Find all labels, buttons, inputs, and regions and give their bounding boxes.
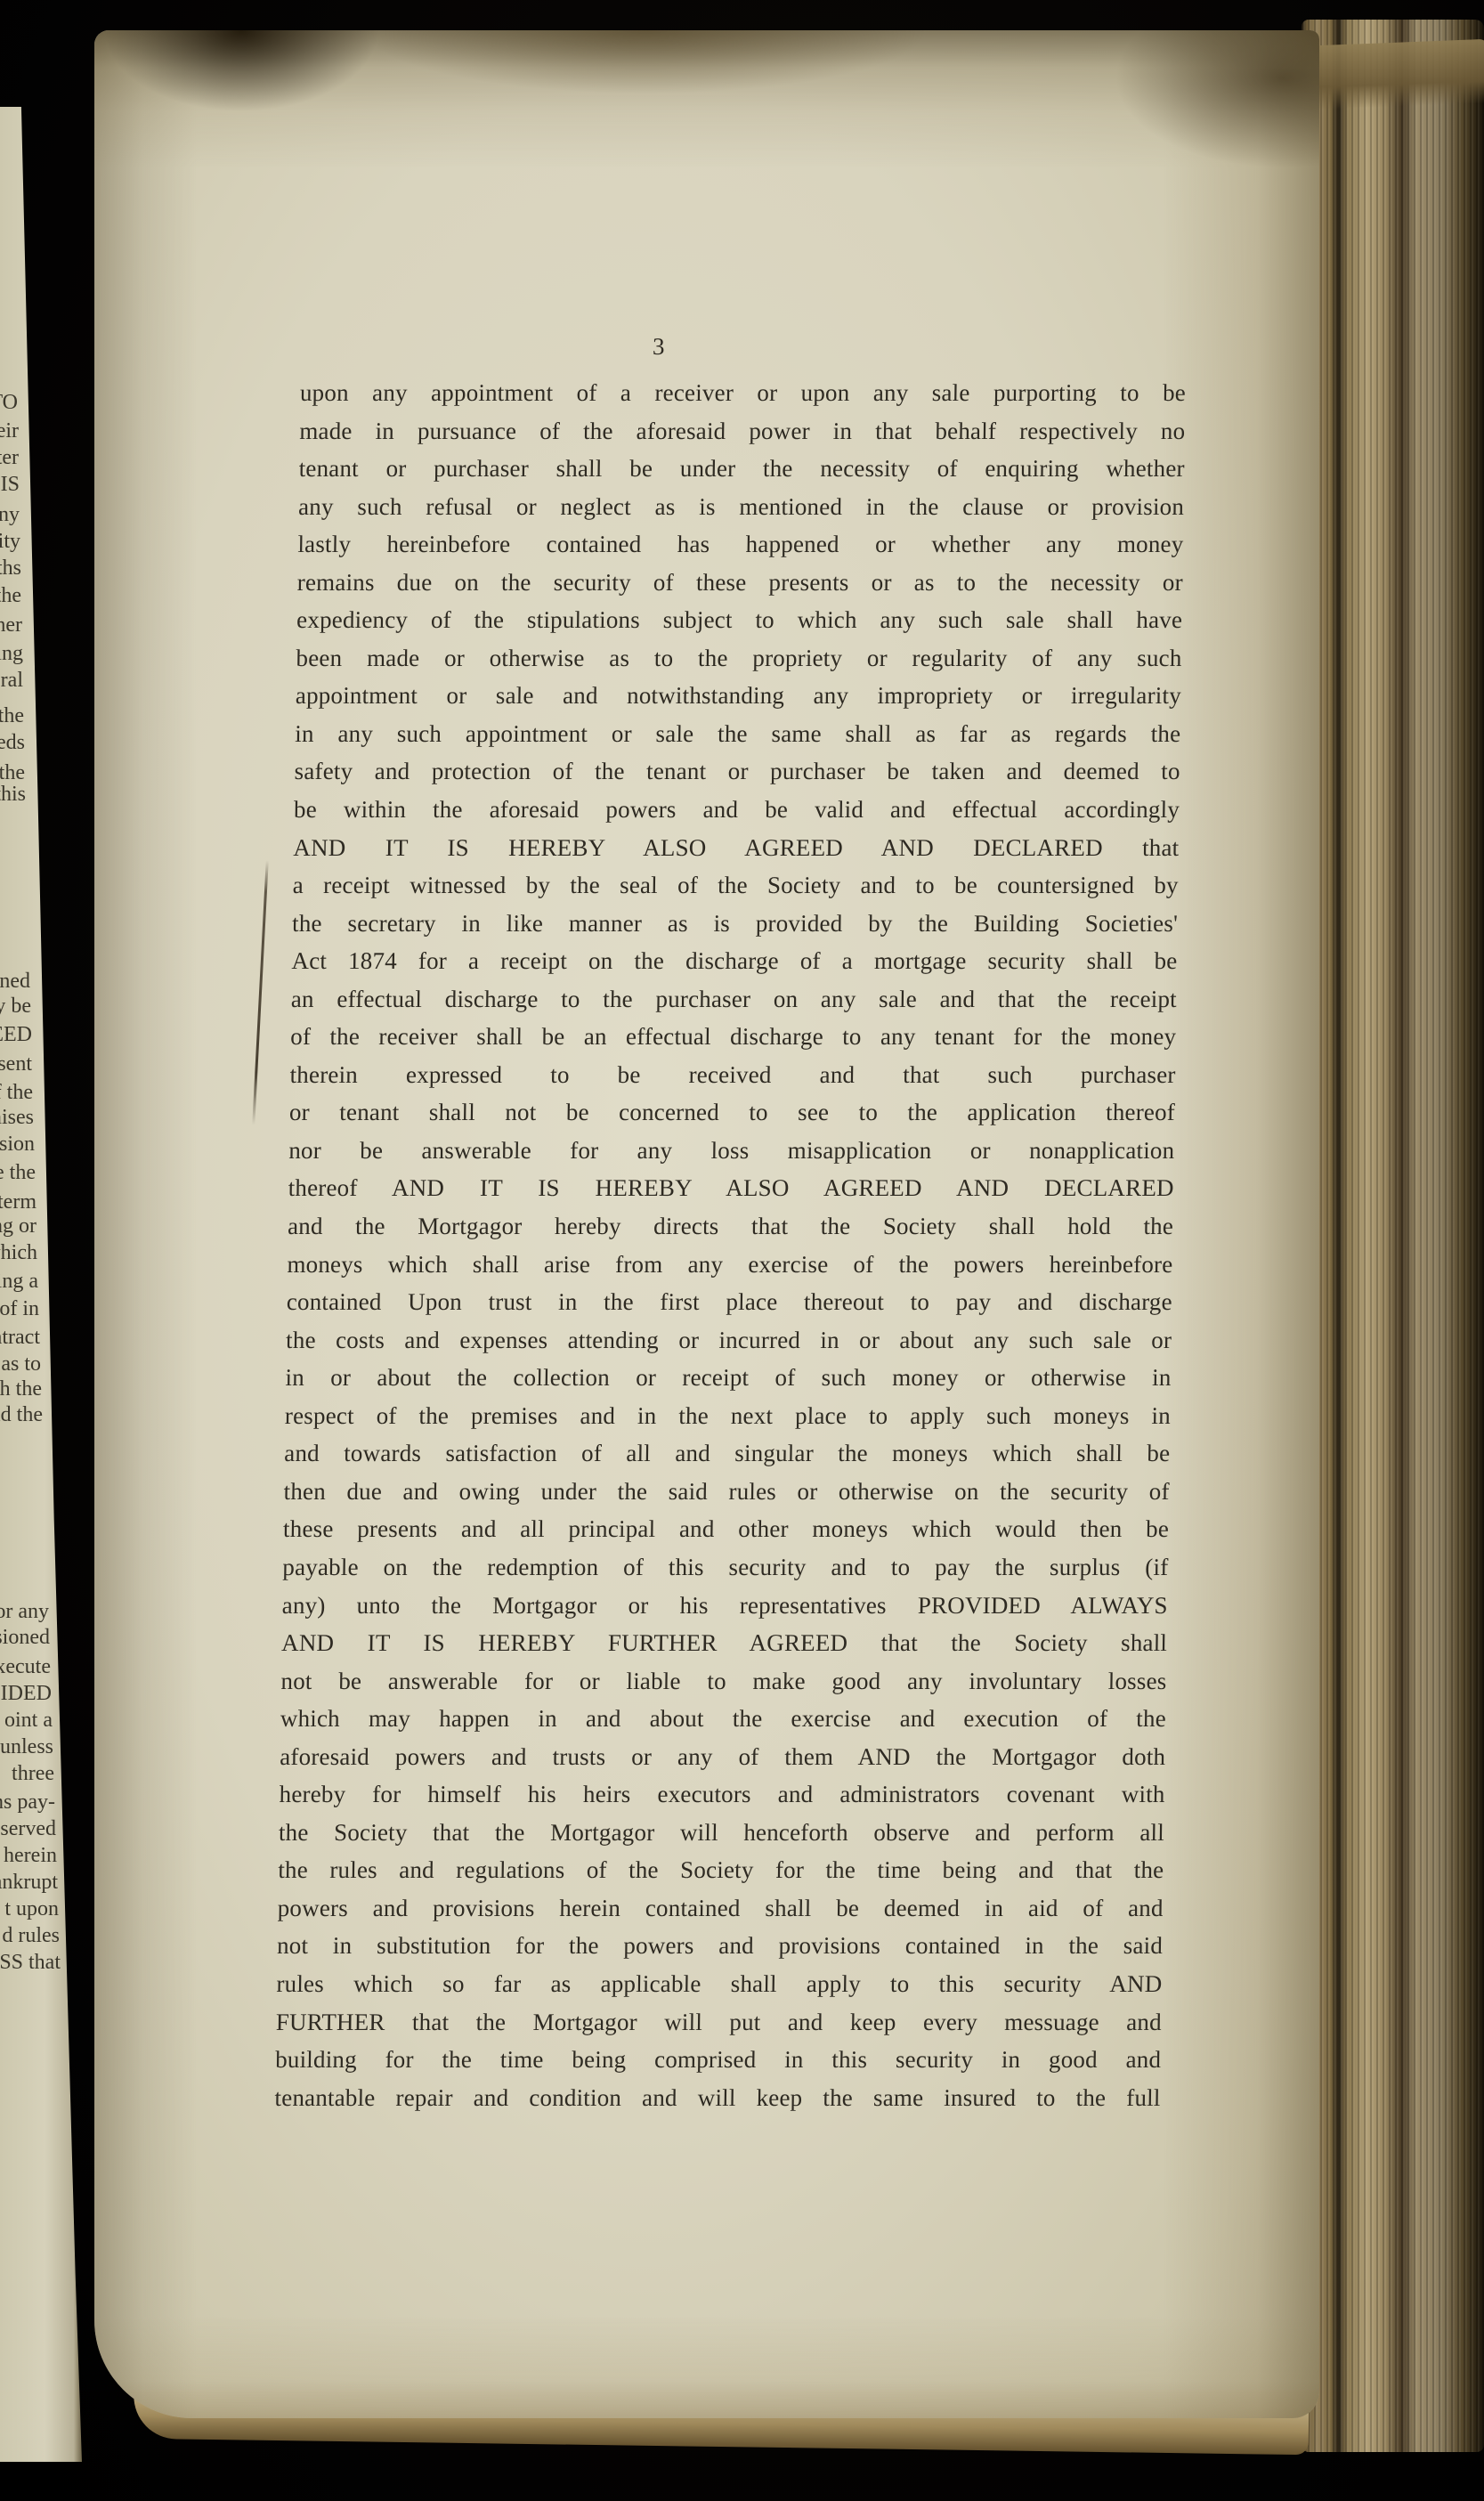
body-text-line: in any such appointment or sale the same… (295, 715, 1181, 753)
body-text-line: a receipt witnessed by the seal of the S… (292, 866, 1179, 905)
page-number: 3 (640, 331, 677, 361)
previous-page-text-fragment: gned (0, 970, 30, 992)
previous-page-text-fragment: unless (0, 1736, 53, 1758)
previous-page-text-fragment: reof in (0, 1298, 39, 1320)
body-text-line: an effectual discharge to the purchaser … (291, 980, 1178, 1019)
previous-page-text-fragment: ission (0, 1133, 35, 1155)
page-text-block: 3 upon any appointment of a receiver or … (274, 331, 1187, 2116)
body-text-line: remains due on the security of these pre… (297, 564, 1184, 602)
body-text-line: made in pursuance of the aforesaid power… (299, 412, 1186, 451)
previous-page-text-fragment: e the (0, 1162, 36, 1183)
previous-page-text-fragment: any (0, 504, 20, 525)
previous-page-text-fragment: ns pay- (0, 1791, 55, 1813)
body-text-line: appointment or sale and notwithstanding … (296, 677, 1182, 715)
previous-page-text-fragment: ng or (0, 1215, 36, 1237)
body-text-line: building for the time being comprised in… (275, 2041, 1162, 2079)
previous-page-text-fragment: nsent (0, 1053, 32, 1075)
body-text-line: any such refusal or neglect as is mentio… (298, 488, 1185, 526)
previous-page-text-fragment: nd the (0, 1404, 43, 1425)
previous-page-text-fragment: eir (0, 420, 19, 442)
previous-page-text-fragment: mises (0, 1107, 34, 1128)
body-text-line: the costs and expenses attending or incu… (286, 1321, 1172, 1360)
previous-page-text-fragment: the (0, 585, 21, 606)
previous-page-text-fragment: xecute (0, 1656, 51, 1677)
previous-page-text-fragment: f the (0, 1082, 33, 1103)
body-text-line: Act 1874 for a receipt on the discharge … (291, 942, 1178, 980)
previous-page-text-fragment: ther (0, 614, 22, 636)
body-text-line: and the Mortgagor hereby directs that th… (288, 1207, 1174, 1246)
previous-page-text-fragment: bserved (0, 1818, 56, 1839)
previous-page-text-fragment: IDED (1, 1683, 52, 1704)
previous-page-text-fragment: the (0, 762, 25, 784)
body-text-line: aforesaid powers and trusts or any of th… (280, 1738, 1166, 1776)
previous-page-text-fragment: rity (0, 531, 20, 552)
previous-page-text-fragment: SS that (0, 1952, 61, 1973)
previous-page-text-fragment: oint a (4, 1709, 53, 1731)
body-text-line: upon any appointment of a receiver or up… (300, 374, 1187, 412)
book-fore-edge-pages (1302, 20, 1484, 2452)
body-text-line: the Society that the Mortgagor will henc… (279, 1814, 1165, 1852)
previous-page-text-fragment: this (0, 784, 26, 805)
body-text-line: in or about the collection or receipt of… (285, 1359, 1172, 1397)
body-text-line: AND IT IS HEREBY ALSO AGREED AND DECLARE… (293, 829, 1180, 867)
body-text-line: or tenant shall not be concerned to see … (289, 1093, 1176, 1132)
previous-page-text-fragment: ankrupt (0, 1872, 58, 1893)
previous-page-text-fragment: ntract (0, 1327, 40, 1348)
body-text-line: payable on the redemption of this securi… (282, 1548, 1169, 1587)
body-text-line: moneys which shall arise from any exerci… (287, 1246, 1173, 1284)
body-text-line: these presents and all principal and oth… (283, 1510, 1170, 1548)
previous-page-text-fragment: h the (0, 1378, 42, 1400)
body-text-line: lastly hereinbefore contained has happen… (297, 525, 1184, 564)
previous-page-text-fragment: ving (0, 643, 23, 664)
previous-page-text-fragment: eeds (0, 732, 25, 753)
previous-page-text-fragment: y be (0, 995, 31, 1017)
previous-page-text-fragment: or any (0, 1601, 49, 1622)
body-text-line: respect of the premises and in the next … (285, 1397, 1172, 1435)
previous-page-text-fragment: three (12, 1763, 54, 1784)
body-text-line: the secretary in like manner as is provi… (292, 905, 1179, 943)
body-text-line: FURTHER that the Mortgagor will put and … (276, 2003, 1163, 2042)
body-text-line: the rules and regulations of the Society… (278, 1851, 1164, 1889)
previous-page-text-fragment: t upon (4, 1898, 59, 1920)
body-text-line: then due and owing under the said rules … (283, 1473, 1170, 1511)
body-text-line: be within the aforesaid powers and be va… (294, 791, 1180, 829)
body-text-line: and towards satisfaction of all and sing… (284, 1434, 1171, 1473)
body-text-line: thereof AND IT IS HEREBY ALSO AGREED AND… (288, 1169, 1174, 1207)
previous-page-text-fragment: EED (0, 1024, 32, 1045)
body-text-line: AND IT IS HEREBY FURTHER AGREED that the… (281, 1624, 1168, 1662)
previous-page-text-fragment: IS (1, 474, 20, 495)
body-text-line: rules which so far as applicable shall a… (276, 1965, 1163, 2003)
book-photo: TOeirterISanyritythsthethervingeraltheee… (0, 0, 1484, 2501)
body-text: upon any appointment of a receiver or up… (274, 374, 1186, 2116)
body-text-line: safety and protection of the tenant or p… (294, 752, 1180, 791)
previous-page-text-fragment: herein (4, 1845, 57, 1866)
previous-page-text-fragment: ths (0, 557, 21, 579)
previous-page-text-fragment: as to (1, 1353, 41, 1375)
previous-page-text-fragment: sioned (0, 1627, 50, 1648)
body-text-line: expediency of the stipulations subject t… (296, 601, 1183, 639)
body-text-line: of the receiver shall be an effectual di… (290, 1018, 1177, 1056)
previous-page-text-fragment: d rules (2, 1925, 60, 1946)
previous-page-text-fragment: ter (0, 447, 19, 468)
previous-page-text-fragment: king a (0, 1271, 38, 1292)
body-text-line: not in substitution for the powers and p… (277, 1927, 1164, 1965)
previous-page-text-fragment: the (0, 705, 24, 727)
body-text-line: been made or otherwise as to the proprie… (296, 639, 1182, 678)
body-text-line: powers and provisions herein contained s… (277, 1889, 1164, 1928)
previous-page-text-fragment: term (0, 1191, 36, 1213)
body-text-line: any) unto the Mortgagor or his represent… (281, 1587, 1168, 1625)
previous-page-text-fragment: TO (0, 392, 18, 413)
previous-page-text-fragment: which (0, 1242, 37, 1263)
body-text-line: therein expressed to be received and tha… (289, 1056, 1176, 1094)
previous-page-text-fragment: eral (0, 670, 23, 691)
body-text-line: nor be answerable for any loss misapplic… (288, 1132, 1175, 1170)
body-text-line: which may happen in and about the exerci… (280, 1700, 1167, 1738)
body-text-line: not be answerable for or liable to make … (280, 1662, 1167, 1701)
body-text-line: contained Upon trust in the first place … (287, 1283, 1173, 1321)
body-text-line: tenantable repair and condition and will… (274, 2079, 1161, 2117)
body-text-line: hereby for himself his heirs executors a… (279, 1775, 1165, 1814)
body-text-line: tenant or purchaser shall be under the n… (298, 450, 1185, 488)
